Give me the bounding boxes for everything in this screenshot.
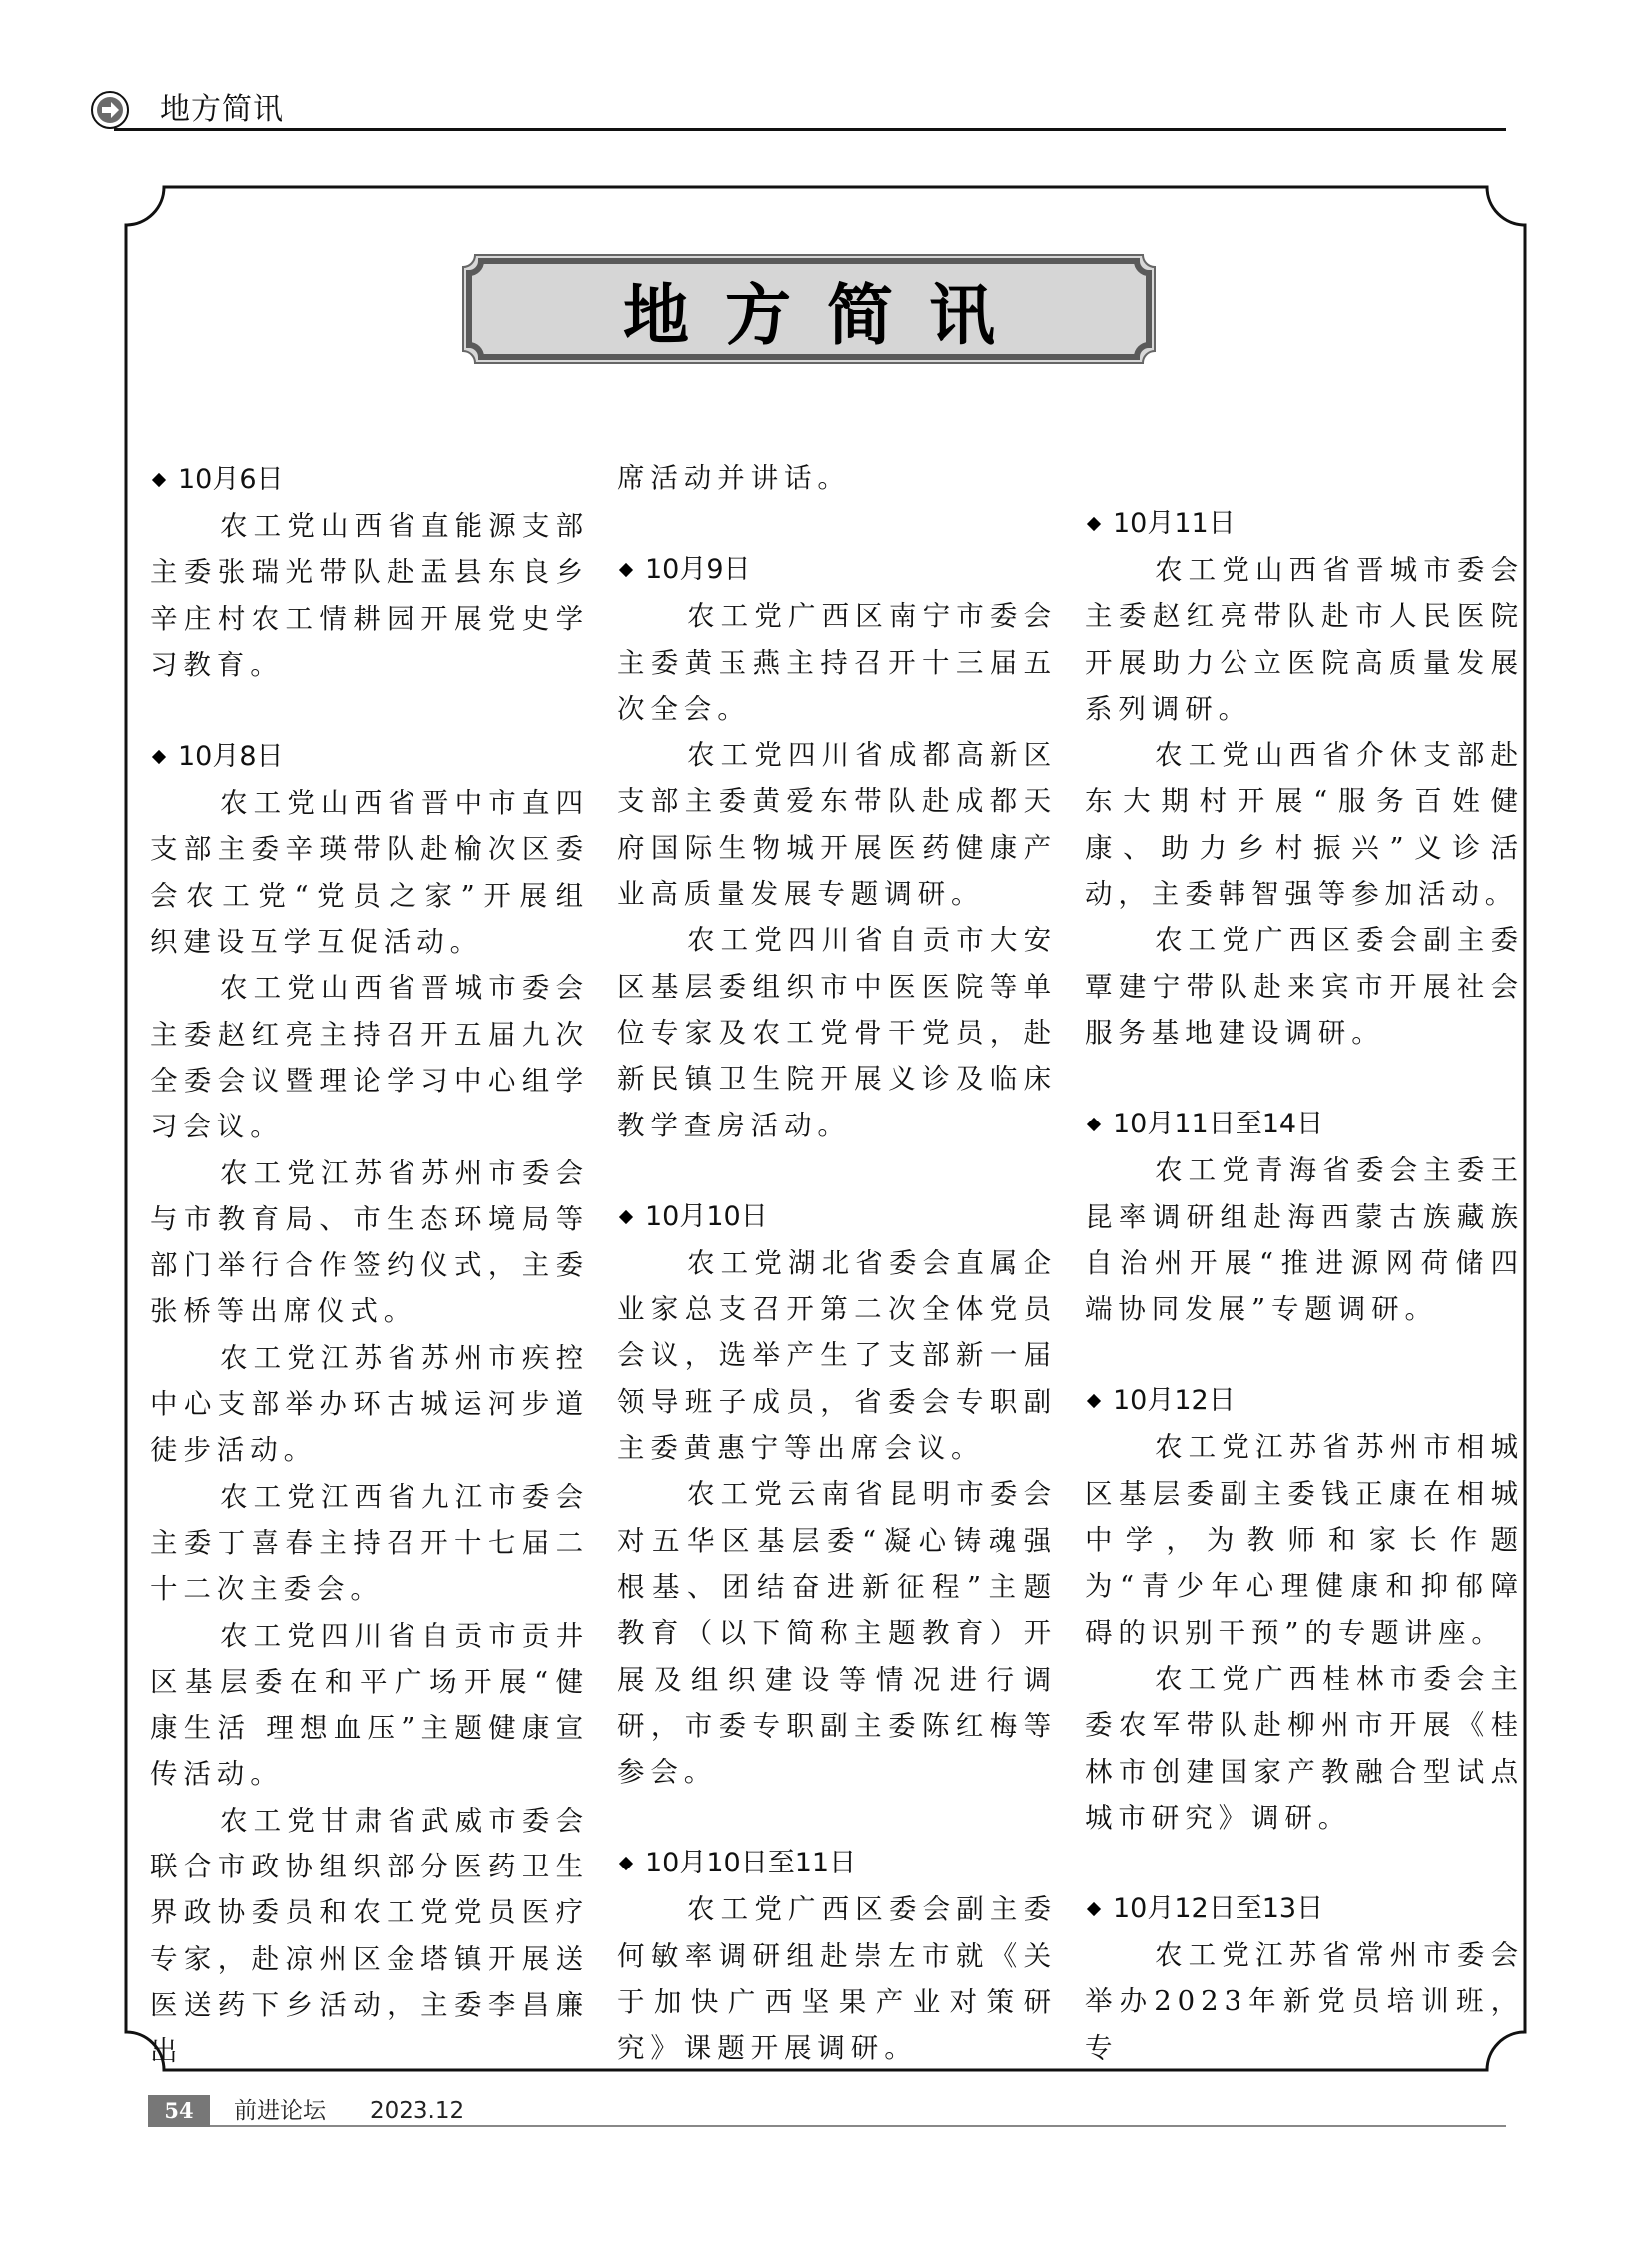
- news-entry: 10月12日至13日 农工党江苏省常州市委会举办2023年新党员培训班，专: [1085, 1886, 1524, 2071]
- entry-paragraph: 农工党山西省晋中市直四支部主委辛瑛带队赴榆次区委会农工党“党员之家”开展组织建设…: [150, 780, 589, 965]
- footer-divider: [210, 2125, 1506, 2127]
- plaque-title: 地方简讯: [461, 253, 1157, 365]
- entry-date: 10月8日: [150, 734, 589, 780]
- date-label: 10月12日: [1113, 1378, 1236, 1424]
- diamond-bullet-icon: [1087, 517, 1101, 531]
- diamond-bullet-icon: [619, 1857, 633, 1870]
- column-2: 席活动并讲话。 10月9日 农工党广西区南宁市委会主委黄玉燕主持召开十三届五次全…: [617, 455, 1057, 2072]
- entry-paragraph: 农工党青海省委会主委王昆率调研组赴海西蒙古族藏族自治州开展“推进源网荷储四端协同…: [1085, 1147, 1524, 1332]
- diamond-bullet-icon: [619, 1210, 633, 1224]
- header-divider: [114, 128, 1506, 131]
- date-label: 10月10日至11日: [645, 1841, 856, 1886]
- entry-paragraph: 农工党甘肃省武威市委会联合市政协组织部分医药卫生界政协委员和农工党党员医疗专家，…: [150, 1798, 589, 2075]
- running-header: 地方简讯: [88, 88, 1506, 130]
- issue-date: 2023.12: [370, 2095, 464, 2127]
- entry-paragraph: 农工党山西省晋城市委会主委赵红亮带队赴市人民医院开展助力公立医院高质量发展系列调…: [1085, 547, 1524, 732]
- entry-paragraph: 农工党江苏省苏州市相城区基层委副主委钱正康在相城中学，为教师和家长作题为“青少年…: [1085, 1424, 1524, 1655]
- news-entry: 10月11日至14日 农工党青海省委会主委王昆率调研组赴海西蒙古族藏族自治州开展…: [1085, 1102, 1524, 1332]
- entry-paragraph: 农工党广西区委会副主委何敏率调研组赴崇左市就《关于加快广西坚果产业对策研究》课题…: [617, 1886, 1057, 2071]
- date-label: 10月10日: [645, 1194, 768, 1240]
- diamond-bullet-icon: [1087, 1394, 1101, 1408]
- publication-name: 前进论坛: [234, 2095, 326, 2127]
- entry-date: 10月6日: [150, 457, 589, 503]
- news-entry: 10月9日 农工党广西区南宁市委会主委黄玉燕主持召开十三届五次全会。 农工党四川…: [617, 547, 1057, 1148]
- entry-paragraph: 农工党云南省昆明市委会对五华区基层委“凝心铸魂强根基、团结奋进新征程”主题教育（…: [617, 1471, 1057, 1795]
- date-label: 10月11日: [1113, 501, 1236, 547]
- date-label: 10月8日: [178, 734, 284, 780]
- diamond-bullet-icon: [152, 473, 166, 487]
- entry-date: 10月12日: [1085, 1378, 1524, 1424]
- entry-date: 10月11日至14日: [1085, 1102, 1524, 1147]
- entry-paragraph: 农工党江西省九江市委会主委丁喜春主持召开十七届二十二次主委会。: [150, 1474, 589, 1613]
- diamond-bullet-icon: [152, 750, 166, 764]
- news-entry: 10月8日 农工党山西省晋中市直四支部主委辛瑛带队赴榆次区委会农工党“党员之家”…: [150, 734, 589, 2074]
- entry-paragraph: 农工党江苏省苏州市疾控中心支部举办环古城运河步道徒步活动。: [150, 1335, 589, 1474]
- entry-date: 10月12日至13日: [1085, 1886, 1524, 1932]
- date-label: 10月6日: [178, 457, 284, 503]
- entry-date: 10月11日: [1085, 501, 1524, 547]
- section-title: 地方简讯: [160, 90, 284, 130]
- page-number: 54: [148, 2095, 210, 2127]
- entry-paragraph: 农工党广西区委会副主委覃建宁带队赴来宾市开展社会服务基地建设调研。: [1085, 917, 1524, 1056]
- entry-paragraph: 农工党四川省自贡市贡井区基层委在和平广场开展“健康生活 理想血压”主题健康宣传活…: [150, 1613, 589, 1798]
- news-entry: 10月11日 农工党山西省晋城市委会主委赵红亮带队赴市人民医院开展助力公立医院高…: [1085, 501, 1524, 1056]
- entry-date: 10月10日至11日: [617, 1841, 1057, 1886]
- entry-paragraph: 农工党江苏省常州市委会举办2023年新党员培训班，专: [1085, 1932, 1524, 2071]
- news-entry: 10月12日 农工党江苏省苏州市相城区基层委副主委钱正康在相城中学，为教师和家长…: [1085, 1378, 1524, 1841]
- entry-paragraph: 农工党广西区南宁市委会主委黄玉燕主持召开十三届五次全会。: [617, 593, 1057, 732]
- arrow-right-circle-icon: [90, 90, 130, 130]
- title-plaque: 地方简讯: [461, 253, 1157, 365]
- entry-paragraph: 农工党江苏省苏州市委会与市教育局、市生态环境局等部门举行合作签约仪式，主委张桥等…: [150, 1150, 589, 1335]
- entry-paragraph: 农工党湖北省委会直属企业家总支召开第二次全体党员会议，选举产生了支部新一届领导班…: [617, 1240, 1057, 1471]
- column-3: 10月11日 农工党山西省晋城市委会主委赵红亮带队赴市人民医院开展助力公立医院高…: [1085, 501, 1524, 2071]
- date-label: 10月12日至13日: [1113, 1886, 1323, 1932]
- diamond-bullet-icon: [619, 563, 633, 577]
- entry-paragraph: 农工党广西桂林市委会主委农军带队赴柳州市开展《桂林市创建国家产教融合型试点城市研…: [1085, 1656, 1524, 1841]
- date-label: 10月11日至14日: [1113, 1102, 1323, 1147]
- continued-paragraph: 席活动并讲话。: [617, 455, 1057, 501]
- diamond-bullet-icon: [1087, 1118, 1101, 1131]
- entry-paragraph: 农工党山西省直能源支部主委张瑞光带队赴盂县东良乡辛庄村农工情耕园开展党史学习教育…: [150, 503, 589, 688]
- page-footer: 54 前进论坛 2023.12: [148, 2095, 1506, 2127]
- diamond-bullet-icon: [1087, 1902, 1101, 1916]
- date-label: 10月9日: [645, 547, 751, 593]
- news-entry: 10月6日 农工党山西省直能源支部主委张瑞光带队赴盂县东良乡辛庄村农工情耕园开展…: [150, 457, 589, 688]
- entry-paragraph: 农工党四川省成都高新区支部主委黄爱东带队赴成都天府国际生物城开展医药健康产业高质…: [617, 732, 1057, 917]
- entry-date: 10月10日: [617, 1194, 1057, 1240]
- entry-paragraph: 农工党山西省晋城市委会主委赵红亮主持召开五届九次全委会议暨理论学习中心组学习会议…: [150, 965, 589, 1149]
- entry-date: 10月9日: [617, 547, 1057, 593]
- news-entry: 10月10日至11日 农工党广西区委会副主委何敏率调研组赴崇左市就《关于加快广西…: [617, 1841, 1057, 2071]
- entry-paragraph: 农工党四川省自贡市大安区基层委组织市中医医院等单位专家及农工党骨干党员，赴新民镇…: [617, 917, 1057, 1147]
- column-1: 10月6日 农工党山西省直能源支部主委张瑞光带队赴盂县东良乡辛庄村农工情耕园开展…: [150, 457, 589, 2075]
- entry-paragraph: 农工党山西省介休支部赴东大期村开展“服务百姓健康、助力乡村振兴”义诊活动，主委韩…: [1085, 732, 1524, 917]
- news-entry: 10月10日 农工党湖北省委会直属企业家总支召开第二次全体党员会议，选举产生了支…: [617, 1194, 1057, 1796]
